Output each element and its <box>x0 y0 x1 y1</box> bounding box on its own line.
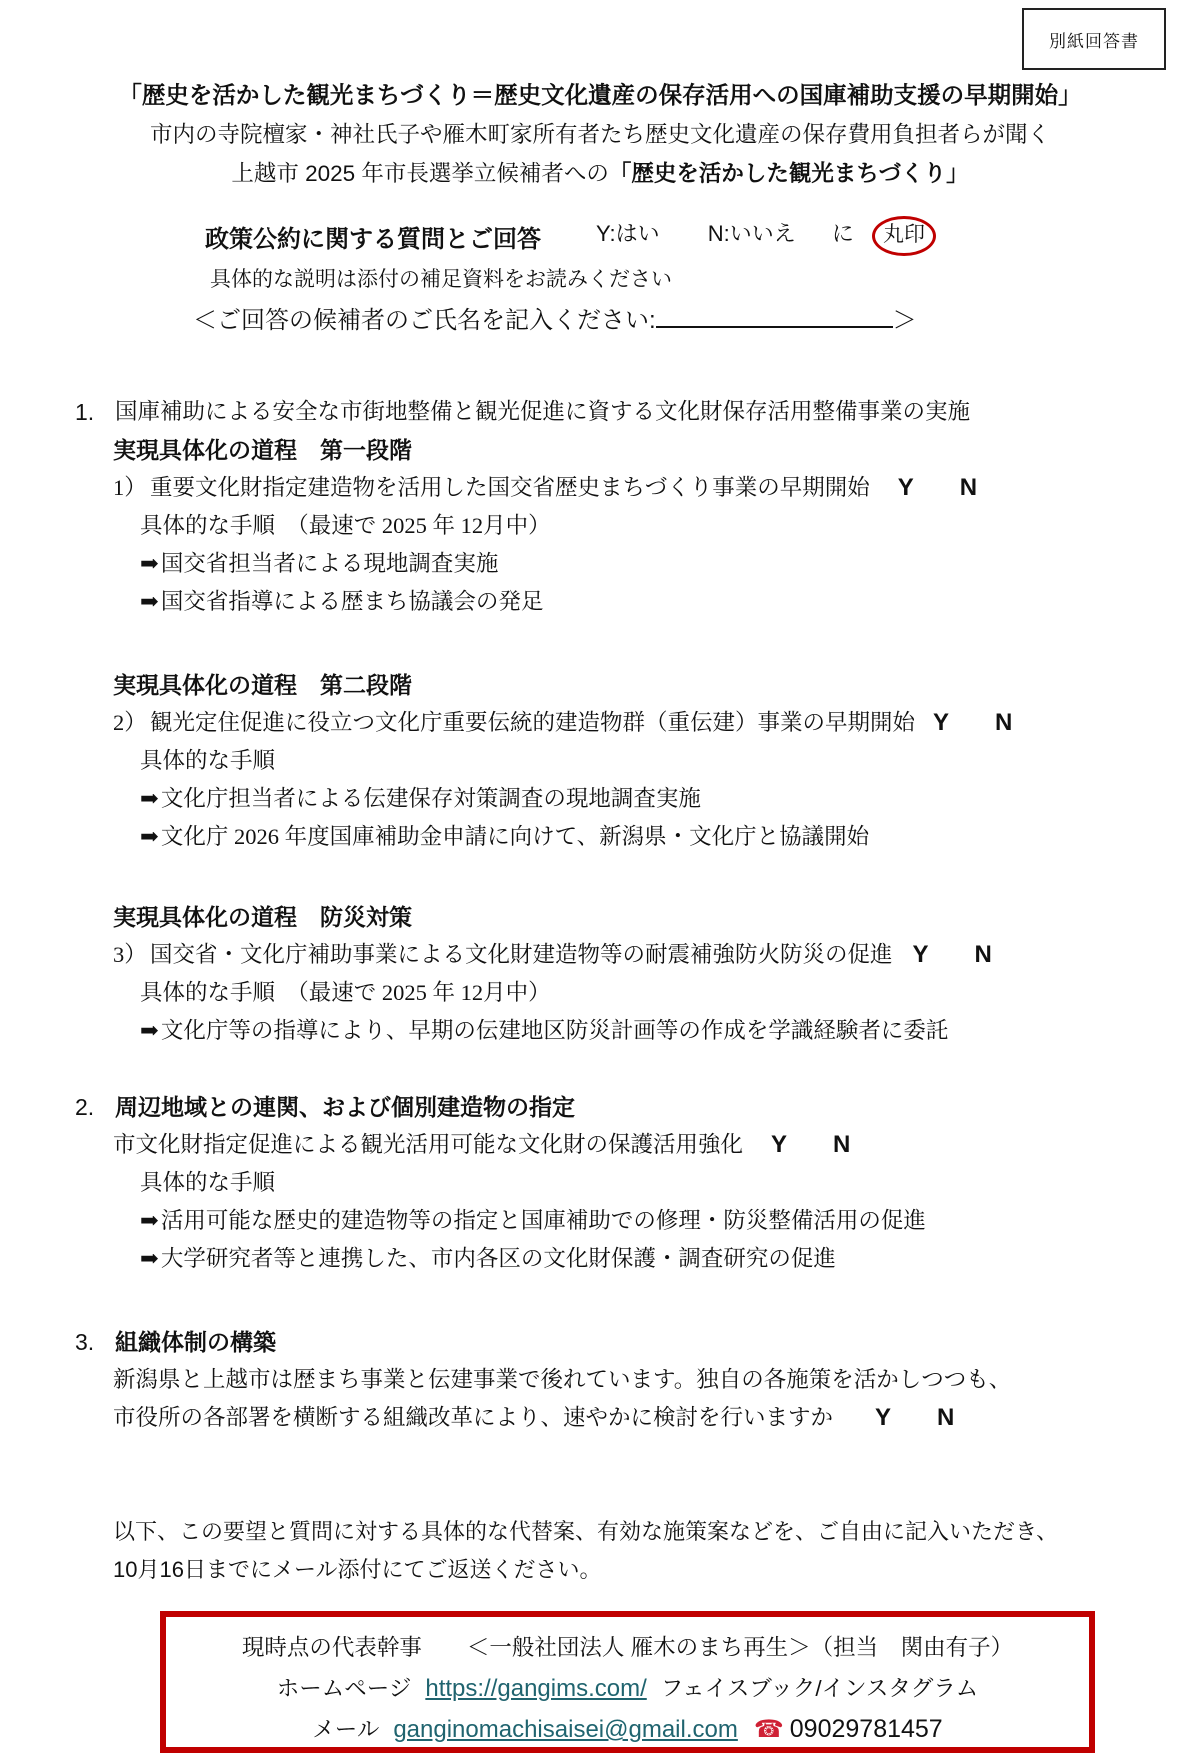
question-3-body-1: 新潟県と上越市は歴まち事業と伝建事業で後れています。独自の各施策を活かしつつも、 <box>75 1361 1140 1399</box>
phone-icon: ☎ <box>754 1716 784 1743</box>
question-2-step-2-text: 大学研究者等と連携した、市内各区の文化財保護・調査研究の促進 <box>161 1246 836 1271</box>
attachment-title-label: 別紙回答書 <box>1049 27 1139 52</box>
item-1-procedure: 具体的な手順 （最速で 2025 年 12月中） <box>75 507 1140 545</box>
social-media-label: フェイスブック/インスタグラム <box>661 1676 978 1701</box>
item-2-step-2: ➡文化庁 2026 年度国庫補助金申請に向けて、新潟県・文化庁と協議開始 <box>75 818 1140 856</box>
arrow-icon: ➡ <box>140 1018 159 1043</box>
question-2-title: 周辺地域との連関、および個別建造物の指定 <box>115 1088 575 1126</box>
stage-2-heading: 実現具体化の道程 第二段階 <box>75 666 1140 704</box>
supplement-note: 具体的な説明は添付の補足資料をお読みください <box>75 261 1140 299</box>
no-mark[interactable]: N <box>833 1131 850 1158</box>
closing-request-line-2: 10月16日までにメール添付にてご返送ください。 <box>113 1551 1140 1589</box>
yes-mark[interactable]: Y <box>875 1404 891 1431</box>
document-body: 政策公約に関する質問とご回答 Y:はい N:いいえ に 丸印 具体的な説明は添付… <box>0 213 1200 1753</box>
no-mark[interactable]: N <box>937 1404 954 1431</box>
contact-mail-line: メールganginomachisaisei@gmail.com☎09029781… <box>166 1709 1089 1750</box>
item-3-step-1: ➡文化庁等の指導により、早期の伝建地区防災計画等の作成を学識経験者に委託 <box>75 1012 1140 1050</box>
phone-number: 09029781457 <box>790 1715 943 1743</box>
arrow-icon: ➡ <box>140 589 159 614</box>
item-1-step-2-text: 国交省指導による歴まち協議会の発足 <box>161 589 544 614</box>
candidate-name-close-bracket: ＞ <box>893 307 917 334</box>
email-link[interactable]: ganginomachisaisei@gmail.com <box>393 1716 738 1743</box>
item-3-text: 国交省・文化庁補助事業による文化財建造物等の耐震補強防火防災の促進 <box>150 942 893 967</box>
no-mark[interactable]: N <box>995 709 1012 736</box>
question-1-number: 1. <box>75 393 115 431</box>
circle-mark-annotation: 丸印 <box>872 216 936 256</box>
question-2-title-row: 2. 周辺地域との連関、および個別建造物の指定 <box>75 1088 1140 1126</box>
questionnaire-heading: 政策公約に関する質問とご回答 <box>205 219 541 254</box>
candidate-name-prompt: ＜ご回答の候補者のご氏名を記入ください: <box>193 307 656 334</box>
question-3-title-row: 3. 組織体制の構築 <box>75 1323 1140 1361</box>
candidate-name-row: ＜ご回答の候補者のご氏名を記入ください:＞ <box>75 301 1140 341</box>
yes-mark[interactable]: Y <box>933 709 949 736</box>
homepage-link[interactable]: https://gangims.com/ <box>425 1675 646 1702</box>
email-label: メール <box>312 1717 379 1742</box>
item-2-number: 2） <box>113 704 150 742</box>
item-3-step-1-text: 文化庁等の指導により、早期の伝建地区防災計画等の作成を学識経験者に委託 <box>161 1018 949 1043</box>
item-1-row: 1）重要文化財指定建造物を活用した国交省歴史まちづくり事業の早期開始YN <box>75 469 1140 507</box>
closing-request: 以下、この要望と質問に対する具体的な代替案、有効な施策案などを、ご自由に記入いた… <box>75 1513 1140 1589</box>
document-header: 「歴史を活かした観光まちづくり＝歴史文化遺産の保存活用への国庫補助支援の早期開始… <box>0 0 1200 193</box>
contact-box: 現時点の代表幹事 ＜一般社団法人 雁木のまち再生＞（担当 関由有子） ホームペー… <box>160 1611 1095 1753</box>
question-2-item-row: 市文化財指定促進による観光活用可能な文化財の保護活用強化YN <box>75 1126 1140 1164</box>
yes-mark[interactable]: Y <box>898 474 914 501</box>
question-3-body-2: 市役所の各部署を横断する組織改革により、速やかに検討を行いますかYN <box>75 1399 1140 1437</box>
question-2-step-1-text: 活用可能な歴史的建造物等の指定と国庫補助での修理・防災整備活用の促進 <box>161 1208 926 1233</box>
arrow-icon: ➡ <box>140 824 159 849</box>
question-2-procedure: 具体的な手順 <box>75 1164 1140 1202</box>
contact-representative-line: 現時点の代表幹事 ＜一般社団法人 雁木のまち再生＞（担当 関由有子） <box>166 1627 1089 1668</box>
item-2-procedure: 具体的な手順 <box>75 742 1140 780</box>
question-3-title: 組織体制の構築 <box>115 1323 276 1361</box>
item-1-step-1-text: 国交省担当者による現地調査実施 <box>161 551 499 576</box>
no-mark[interactable]: N <box>960 474 977 501</box>
stage-1-heading: 実現具体化の道程 第一段階 <box>75 431 1140 469</box>
legend-particle: に <box>832 221 854 246</box>
item-2-step-2-text: 文化庁 2026 年度国庫補助金申請に向けて、新潟県・文化庁と協議開始 <box>161 824 869 849</box>
legend-yes: Y:はい <box>596 221 660 246</box>
election-line: 上越市 2025 年市長選挙立候補者への「歴史を活かした観光まちづくり」 <box>0 154 1200 193</box>
item-2-step-1-text: 文化庁担当者による伝建保存対策調査の現地調査実施 <box>161 786 701 811</box>
stage-3-heading: 実現具体化の道程 防災対策 <box>75 898 1140 936</box>
closing-request-line-1: 以下、この要望と質問に対する具体的な代替案、有効な施策案などを、ご自由に記入いた… <box>113 1513 1140 1551</box>
attachment-title-box: 別紙回答書 <box>1022 8 1166 70</box>
contact-web-line: ホームページhttps://gangims.com/フェイスブック/インスタグラ… <box>166 1668 1089 1709</box>
arrow-icon: ➡ <box>140 1246 159 1271</box>
arrow-icon: ➡ <box>140 786 159 811</box>
item-2-step-1: ➡文化庁担当者による伝建保存対策調査の現地調査実施 <box>75 780 1140 818</box>
item-3-procedure: 具体的な手順 （最速で 2025 年 12月中） <box>75 974 1140 1012</box>
question-2-step-2: ➡大学研究者等と連携した、市内各区の文化財保護・調査研究の促進 <box>75 1240 1140 1278</box>
homepage-label: ホームページ <box>277 1676 412 1701</box>
main-title: 「歴史を活かした観光まちづくり＝歴史文化遺産の保存活用への国庫補助支援の早期開始… <box>0 76 1200 115</box>
question-2-step-1: ➡活用可能な歴史的建造物等の指定と国庫補助での修理・防災整備活用の促進 <box>75 1202 1140 1240</box>
candidate-name-blank[interactable] <box>656 302 893 328</box>
election-line-quoted: 「歴史を活かした観光まちづくり」 <box>609 161 969 186</box>
question-1-title: 国庫補助による安全な市街地整備と観光促進に資する文化財保存活用整備事業の実施 <box>115 393 970 431</box>
arrow-icon: ➡ <box>140 1208 159 1233</box>
legend-no: N:いいえ <box>708 221 796 246</box>
yes-mark[interactable]: Y <box>913 941 929 968</box>
no-mark[interactable]: N <box>975 941 992 968</box>
question-3-body-2-text: 市役所の各部署を横断する組織改革により、速やかに検討を行いますか <box>113 1405 833 1430</box>
item-1-step-1: ➡国交省担当者による現地調査実施 <box>75 545 1140 583</box>
question-3-number: 3. <box>75 1323 115 1361</box>
item-1-step-2: ➡国交省指導による歴まち協議会の発足 <box>75 583 1140 621</box>
yes-mark[interactable]: Y <box>771 1131 787 1158</box>
item-3-row: 3）国交省・文化庁補助事業による文化財建造物等の耐震補強防火防災の促進YN <box>75 936 1140 974</box>
yn-legend: Y:はい N:いいえ に 丸印 <box>541 216 936 256</box>
item-3-number: 3） <box>113 936 150 974</box>
question-2-number: 2. <box>75 1088 115 1126</box>
document-page: 別紙回答書 「歴史を活かした観光まちづくり＝歴史文化遺産の保存活用への国庫補助支… <box>0 0 1200 1764</box>
arrow-icon: ➡ <box>140 551 159 576</box>
questionnaire-heading-row: 政策公約に関する質問とご回答 Y:はい N:いいえ に 丸印 <box>75 213 1140 259</box>
item-2-row: 2）観光定住促進に役立つ文化庁重要伝統的建造物群（重伝建）事業の早期開始YN <box>75 704 1140 742</box>
subtitle-line: 市内の寺院檀家・神社氏子や雁木町家所有者たち歴史文化遺産の保存費用負担者らが聞く <box>0 115 1200 154</box>
election-line-prefix: 上越市 2025 年市長選挙立候補者への <box>231 161 609 186</box>
item-1-number: 1） <box>113 469 150 507</box>
question-2-item-text: 市文化財指定促進による観光活用可能な文化財の保護活用強化 <box>113 1132 743 1157</box>
item-2-text: 観光定住促進に役立つ文化庁重要伝統的建造物群（重伝建）事業の早期開始 <box>150 710 915 735</box>
question-1-title-row: 1. 国庫補助による安全な市街地整備と観光促進に資する文化財保存活用整備事業の実… <box>75 393 1140 431</box>
item-1-text: 重要文化財指定建造物を活用した国交省歴史まちづくり事業の早期開始 <box>150 475 870 500</box>
